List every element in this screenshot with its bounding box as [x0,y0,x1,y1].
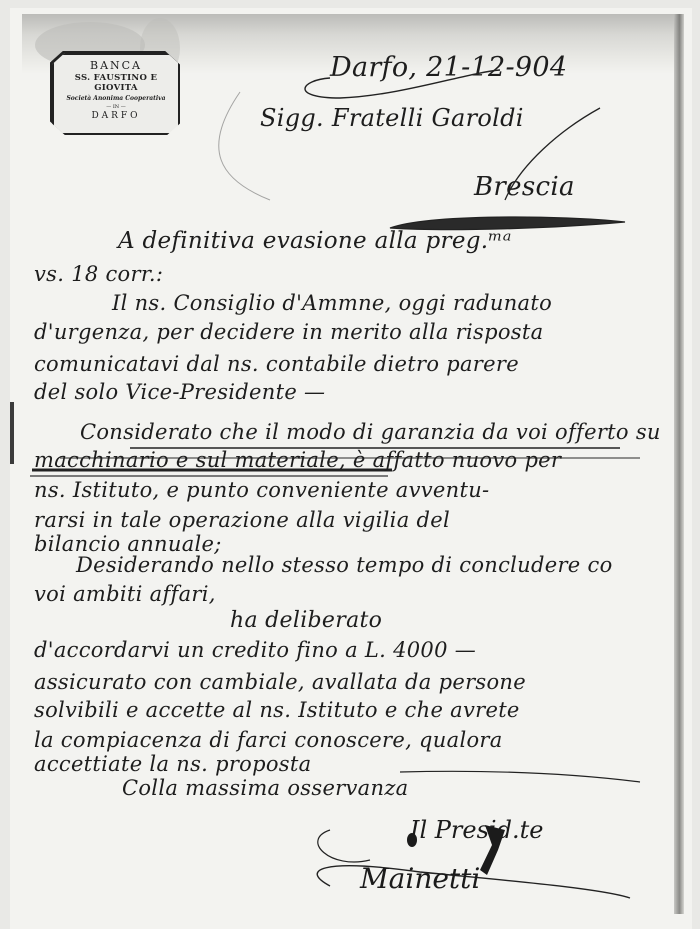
body-line: d'urgenza, per decidere in merito alla r… [34,320,543,344]
body-line: voi ambiti affari, [34,582,216,606]
body-line: macchinario e sul materiale, è affatto n… [34,448,561,472]
body-line: del solo Vice-Presidente — [34,380,325,404]
signature-title: Il Presid.te [410,816,543,844]
body-line: A definitiva evasione alla preg.ᵐᵃ [118,228,512,254]
stamp-line-bank: BANCA [54,59,178,72]
body-line: Colla massima osservanza [122,776,409,800]
stamp-line-company-type: Società Anonima Cooperativa [54,95,178,102]
body-line: vs. 18 corr.: [34,262,163,286]
place-date: Darfo, 21-12-904 [330,52,567,83]
body-line: Il ns. Consiglio d'Ammne, oggi radunato [112,291,552,315]
body-line: solvibili e accette al ns. Istituto e ch… [34,698,520,722]
scan-edge-mark [10,402,14,464]
body-line: rarsi in tale operazione alla vigilia de… [34,508,450,532]
body-line: Considerato che il modo di garanzia da v… [80,420,661,444]
body-line: d'accordarvi un credito fino a L. 4000 — [34,638,476,662]
body-line: accettiate la ns. proposta [34,752,311,776]
stamp-line-name: SS. FAUSTINO E GIOVITA [54,73,178,93]
body-line: ha deliberato [230,608,382,633]
body-line: comunicatavi dal ns. contabile dietro pa… [34,352,519,376]
stamp-line-in: — IN — [54,104,178,110]
body-line: la compiacenza di farci conoscere, qualo… [34,728,503,752]
stamp-line-town: DARFO [54,111,178,121]
addressee: Sigg. Fratelli Garoldi [260,104,524,132]
city: Brescia [474,172,575,202]
body-line: Desiderando nello stesso tempo di conclu… [76,553,613,577]
bank-stamp: BANCA SS. FAUSTINO E GIOVITA Società Ano… [52,53,180,135]
signature-name: Mainetti [360,862,480,895]
scan-shadow-right [674,14,684,914]
body-line: assicurato con cambiale, avallata da per… [34,670,526,694]
body-line: ns. Istituto, e punto conveniente avvent… [34,478,489,502]
